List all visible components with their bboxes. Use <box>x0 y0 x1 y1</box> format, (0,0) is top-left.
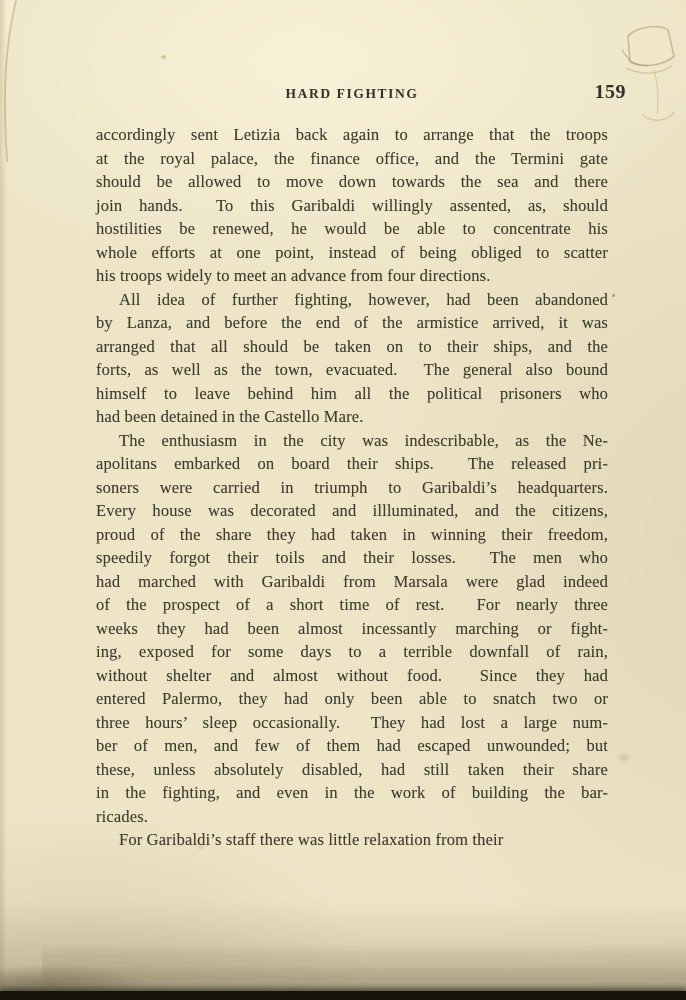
paragraph: For Garibaldi’s staff there was little r… <box>96 828 608 852</box>
text-line: by Lanza, and before the end of the armi… <box>96 311 608 335</box>
text-line: three hours’ sleep occasionally. They ha… <box>96 711 608 735</box>
running-head: HARD FIGHTING <box>96 86 608 102</box>
text-line: proud of the share they had taken in win… <box>96 523 608 547</box>
text-line: himself to leave behind him all the poli… <box>96 382 608 406</box>
text-line: entered Palermo, they had only been able… <box>96 687 608 711</box>
text-line: speedily forgot their toils and their lo… <box>96 546 608 570</box>
text-line: arranged that all should be taken on to … <box>96 335 608 359</box>
text-line: these, unless absolutely disabled, had s… <box>96 758 608 782</box>
text-line: without shelter and almost without food.… <box>96 664 608 688</box>
scanned-book-page: HARD FIGHTING 159 accordingly sent Letiz… <box>0 0 686 1000</box>
text-line: The enthusiasm in the city was indescrib… <box>96 429 608 453</box>
text-line: his troops widely to meet an advance fro… <box>96 264 608 288</box>
page-body: accordingly sent Letizia back again to a… <box>96 123 608 852</box>
text-line: had been detained in the Castello Mare. <box>96 405 608 429</box>
text-line: at the royal palace, the finance office,… <box>96 147 608 171</box>
text-line: whole efforts at one point, instead of b… <box>96 241 608 265</box>
text-line: of the prospect of a short time of rest.… <box>96 593 608 617</box>
text-line: For Garibaldi’s staff there was little r… <box>96 828 608 852</box>
paper-smudge <box>616 752 632 764</box>
text-line: ber of men, and few of them had escaped … <box>96 734 608 758</box>
text-line: ing, exposed for some days to a terrible… <box>96 640 608 664</box>
text-line: in the fighting, and even in the work of… <box>96 781 608 805</box>
text-line: hostilities be renewed, he would be able… <box>96 217 608 241</box>
text-line: forts, as well as the town, evacuated. T… <box>96 358 608 382</box>
paragraph: The enthusiasm in the city was indescrib… <box>96 429 608 829</box>
text-line: ricades. <box>96 805 608 829</box>
paper-crease-mark <box>602 18 686 130</box>
text-line: should be allowed to move down towards t… <box>96 170 608 194</box>
text-line: join hands. To this Garibaldi willingly … <box>96 194 608 218</box>
text-line: apolitans embarked on board their ships.… <box>96 452 608 476</box>
scan-bottom-edge <box>0 991 686 1000</box>
text-line: weeks they had been almost incessantly m… <box>96 617 608 641</box>
page-number: 159 <box>595 81 627 104</box>
text-line: All idea of further fighting, however, h… <box>96 288 608 312</box>
text-line: accordingly sent Letizia back again to a… <box>96 123 608 147</box>
paragraph: All idea of further fighting, however, h… <box>96 288 608 429</box>
paper-speck <box>161 55 166 59</box>
paragraph: accordingly sent Letizia back again to a… <box>96 123 608 288</box>
scan-shadow-band <box>42 944 686 980</box>
text-line: Every house was decorated and illluminat… <box>96 499 608 523</box>
text-line: soners were carried in triumph to Gariba… <box>96 476 608 500</box>
text-line: had marched with Garibaldi from Marsala … <box>96 570 608 594</box>
paper-speck <box>612 294 615 297</box>
page-curl-mark <box>0 0 42 170</box>
